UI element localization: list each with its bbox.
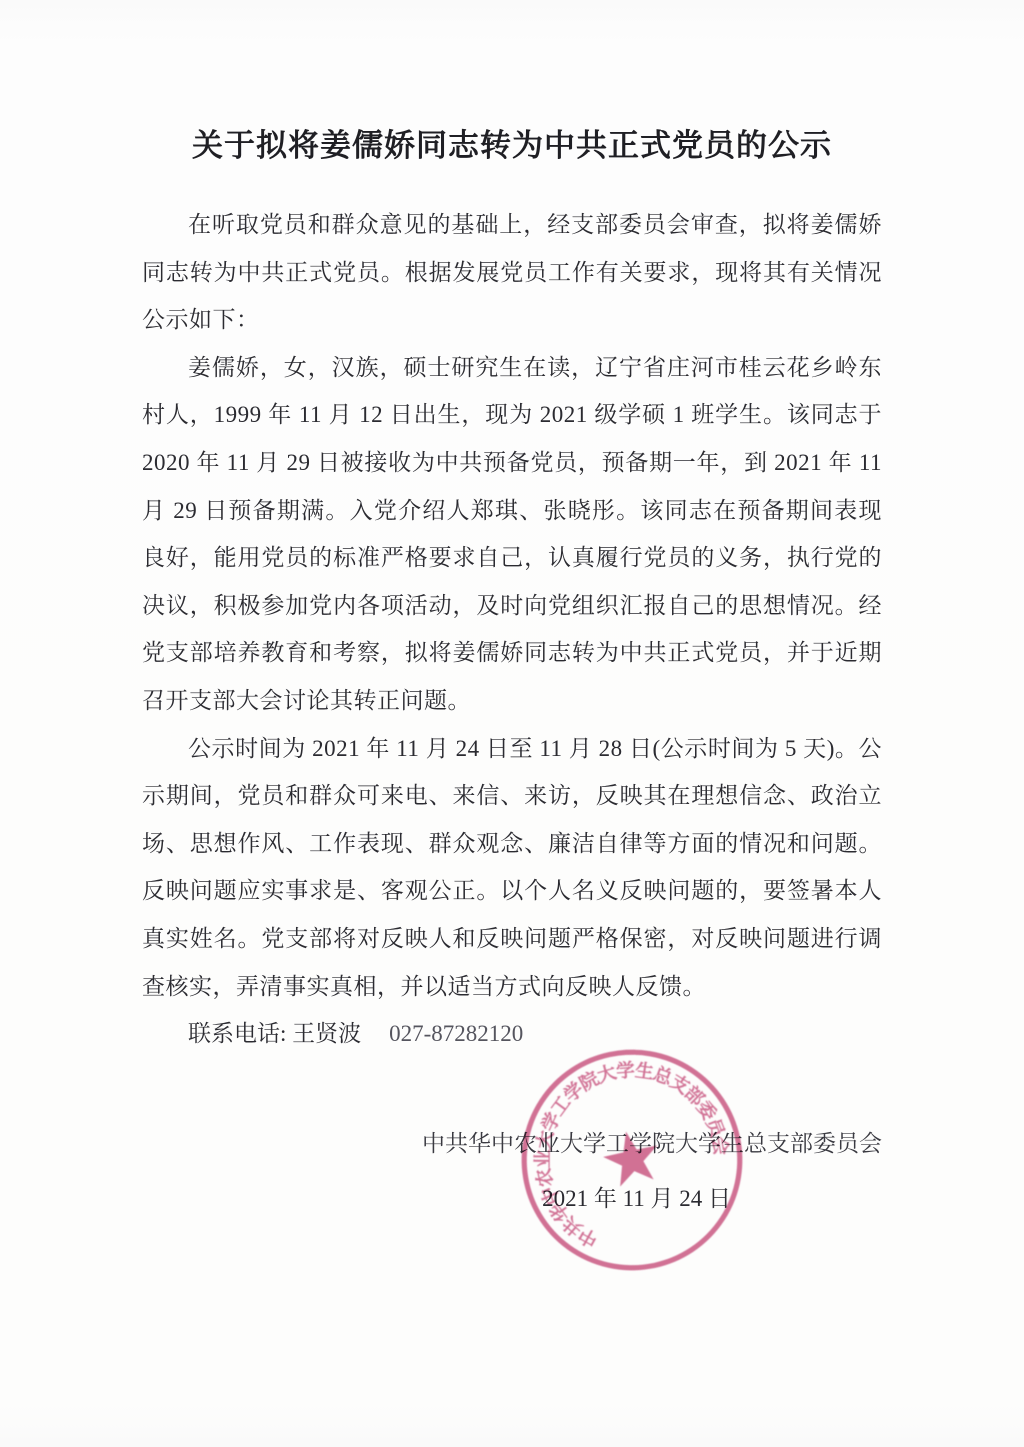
page-title: 关于拟将姜儒娇同志转为中共正式党员的公示 xyxy=(142,120,882,165)
document-content: 关于拟将姜儒娇同志转为中共正式党员的公示 在听取党员和群众意见的基础上，经支部委… xyxy=(142,0,882,1223)
scanned-document-page: 关于拟将姜儒娇同志转为中共正式党员的公示 在听取党员和群众意见的基础上，经支部委… xyxy=(0,0,1024,1447)
paragraph-notice-period: 公示时间为 2021 年 11 月 24 日至 11 月 28 日(公示时间为 … xyxy=(142,725,882,1011)
contact-label: 联系电话: xyxy=(188,1021,292,1046)
contact-name: 王贤波 xyxy=(292,1021,361,1046)
signature-committee-name: 中共华中农业大学工学院大学生总支部委员会 xyxy=(142,1120,882,1168)
signature-date: 2021 年 11 月 24 日 xyxy=(142,1175,731,1223)
paragraph-intro: 在听取党员和群众意见的基础上，经支部委员会审查，拟将姜儒娇同志转为中共正式党员。… xyxy=(142,201,882,344)
contact-phone-number: 027-87282120 xyxy=(389,1021,523,1046)
contact-line: 联系电话: 王贤波027-87282120 xyxy=(142,1010,882,1058)
paragraph-member-details: 姜儒娇，女，汉族，硕士研究生在读，辽宁省庄河市桂云花乡岭东村人，1999 年 1… xyxy=(142,344,882,725)
